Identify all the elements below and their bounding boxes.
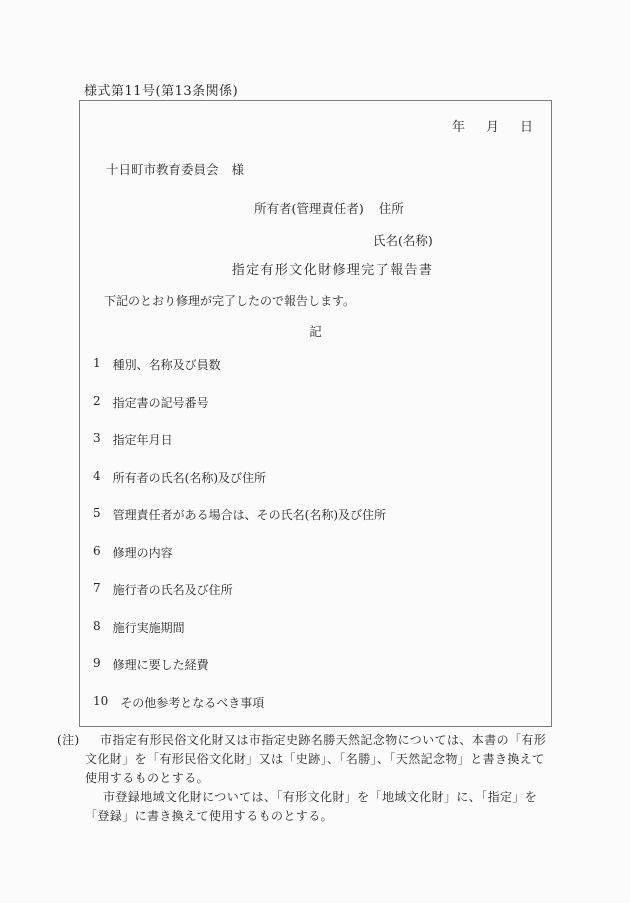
item-list: 1 種別、名称及び員数 2 指定書の記号番号 3 指定年月日 4 所有者の氏名(… <box>93 356 386 731</box>
name-label: 氏名(名称) <box>373 233 433 248</box>
item-number: 6 <box>93 544 101 558</box>
item-number: 2 <box>93 394 101 408</box>
list-item: 3 指定年月日 <box>93 431 386 469</box>
record-marker: 記 <box>80 322 551 340</box>
item-label: 管理責任者がある場合は、その氏名(名称)及び住所 <box>113 506 386 523</box>
item-label: 指定年月日 <box>113 431 173 448</box>
owner-label: 所有者(管理責任者) <box>254 199 364 217</box>
address-label: 住所 <box>379 199 404 217</box>
date-line: 年 月 日 <box>452 116 533 135</box>
note-block: (注) 市指定有形民俗文化財又は市指定史跡名勝天然記念物については、本書の「有形… <box>57 731 551 826</box>
item-label: 施行実施期間 <box>113 619 185 636</box>
addressee-line: 十日町市教育委員会 様 <box>106 160 244 178</box>
form-box: 年 月 日 十日町市教育委員会 様 所有者(管理責任者) 住所 氏名(名称) 指… <box>79 100 552 727</box>
date-year-label: 年 <box>452 116 465 135</box>
list-item: 8 施行実施期間 <box>93 619 386 657</box>
item-number: 3 <box>93 431 101 445</box>
date-day-label: 日 <box>520 116 533 135</box>
item-label: 修理の内容 <box>113 544 173 561</box>
owner-line: 所有者(管理責任者) 住所 <box>254 199 404 217</box>
form-number-label: 様式第11号(第13条関係) <box>84 80 238 99</box>
item-label: 指定書の記号番号 <box>113 394 209 411</box>
body-text: 下記のとおり修理が完了したので報告します。 <box>104 292 355 309</box>
item-number: 8 <box>93 619 101 633</box>
addressee-honorific: 様 <box>232 160 245 178</box>
list-item: 7 施行者の氏名及び住所 <box>93 581 386 619</box>
list-item: 10 その他参考となるべき事項 <box>93 694 386 732</box>
document-title: 指定有形文化財修理完了報告書 <box>80 259 551 278</box>
item-label: 修理に要した経費 <box>113 656 209 673</box>
list-item: 9 修理に要した経費 <box>93 656 386 694</box>
note-paragraph-2: 市登録地域文化財については、「有形文化財」を「地域文化財」に、「指定」を「登録」… <box>85 788 551 826</box>
item-number: 10 <box>93 694 108 708</box>
item-number: 5 <box>93 506 101 520</box>
item-label: 施行者の氏名及び住所 <box>113 581 233 598</box>
item-number: 7 <box>93 581 101 595</box>
date-month-label: 月 <box>486 116 499 135</box>
item-number: 9 <box>93 656 101 670</box>
list-item: 2 指定書の記号番号 <box>93 394 386 432</box>
document-page: 様式第11号(第13条関係) 年 月 日 十日町市教育委員会 様 所有者(管理責… <box>0 0 630 903</box>
item-label: 種別、名称及び員数 <box>113 356 221 373</box>
list-item: 5 管理責任者がある場合は、その氏名(名称)及び住所 <box>93 506 386 544</box>
item-label: その他参考となるべき事項 <box>120 694 264 711</box>
list-item: 1 種別、名称及び員数 <box>93 356 386 394</box>
note-paragraph-1: 市指定有形民俗文化財又は市指定史跡名勝天然記念物については、本書の「有形文化財」… <box>85 731 551 788</box>
list-item: 4 所有者の氏名(名称)及び住所 <box>93 469 386 507</box>
note-paragraphs: 市指定有形民俗文化財又は市指定史跡名勝天然記念物については、本書の「有形文化財」… <box>85 731 551 826</box>
addressee-name: 十日町市教育委員会 <box>106 160 219 178</box>
item-number: 4 <box>93 469 101 483</box>
item-label: 所有者の氏名(名称)及び住所 <box>113 469 266 486</box>
list-item: 6 修理の内容 <box>93 544 386 582</box>
note-label: (注) <box>57 731 80 750</box>
name-line: 氏名(名称) <box>373 231 433 249</box>
item-number: 1 <box>93 356 101 370</box>
